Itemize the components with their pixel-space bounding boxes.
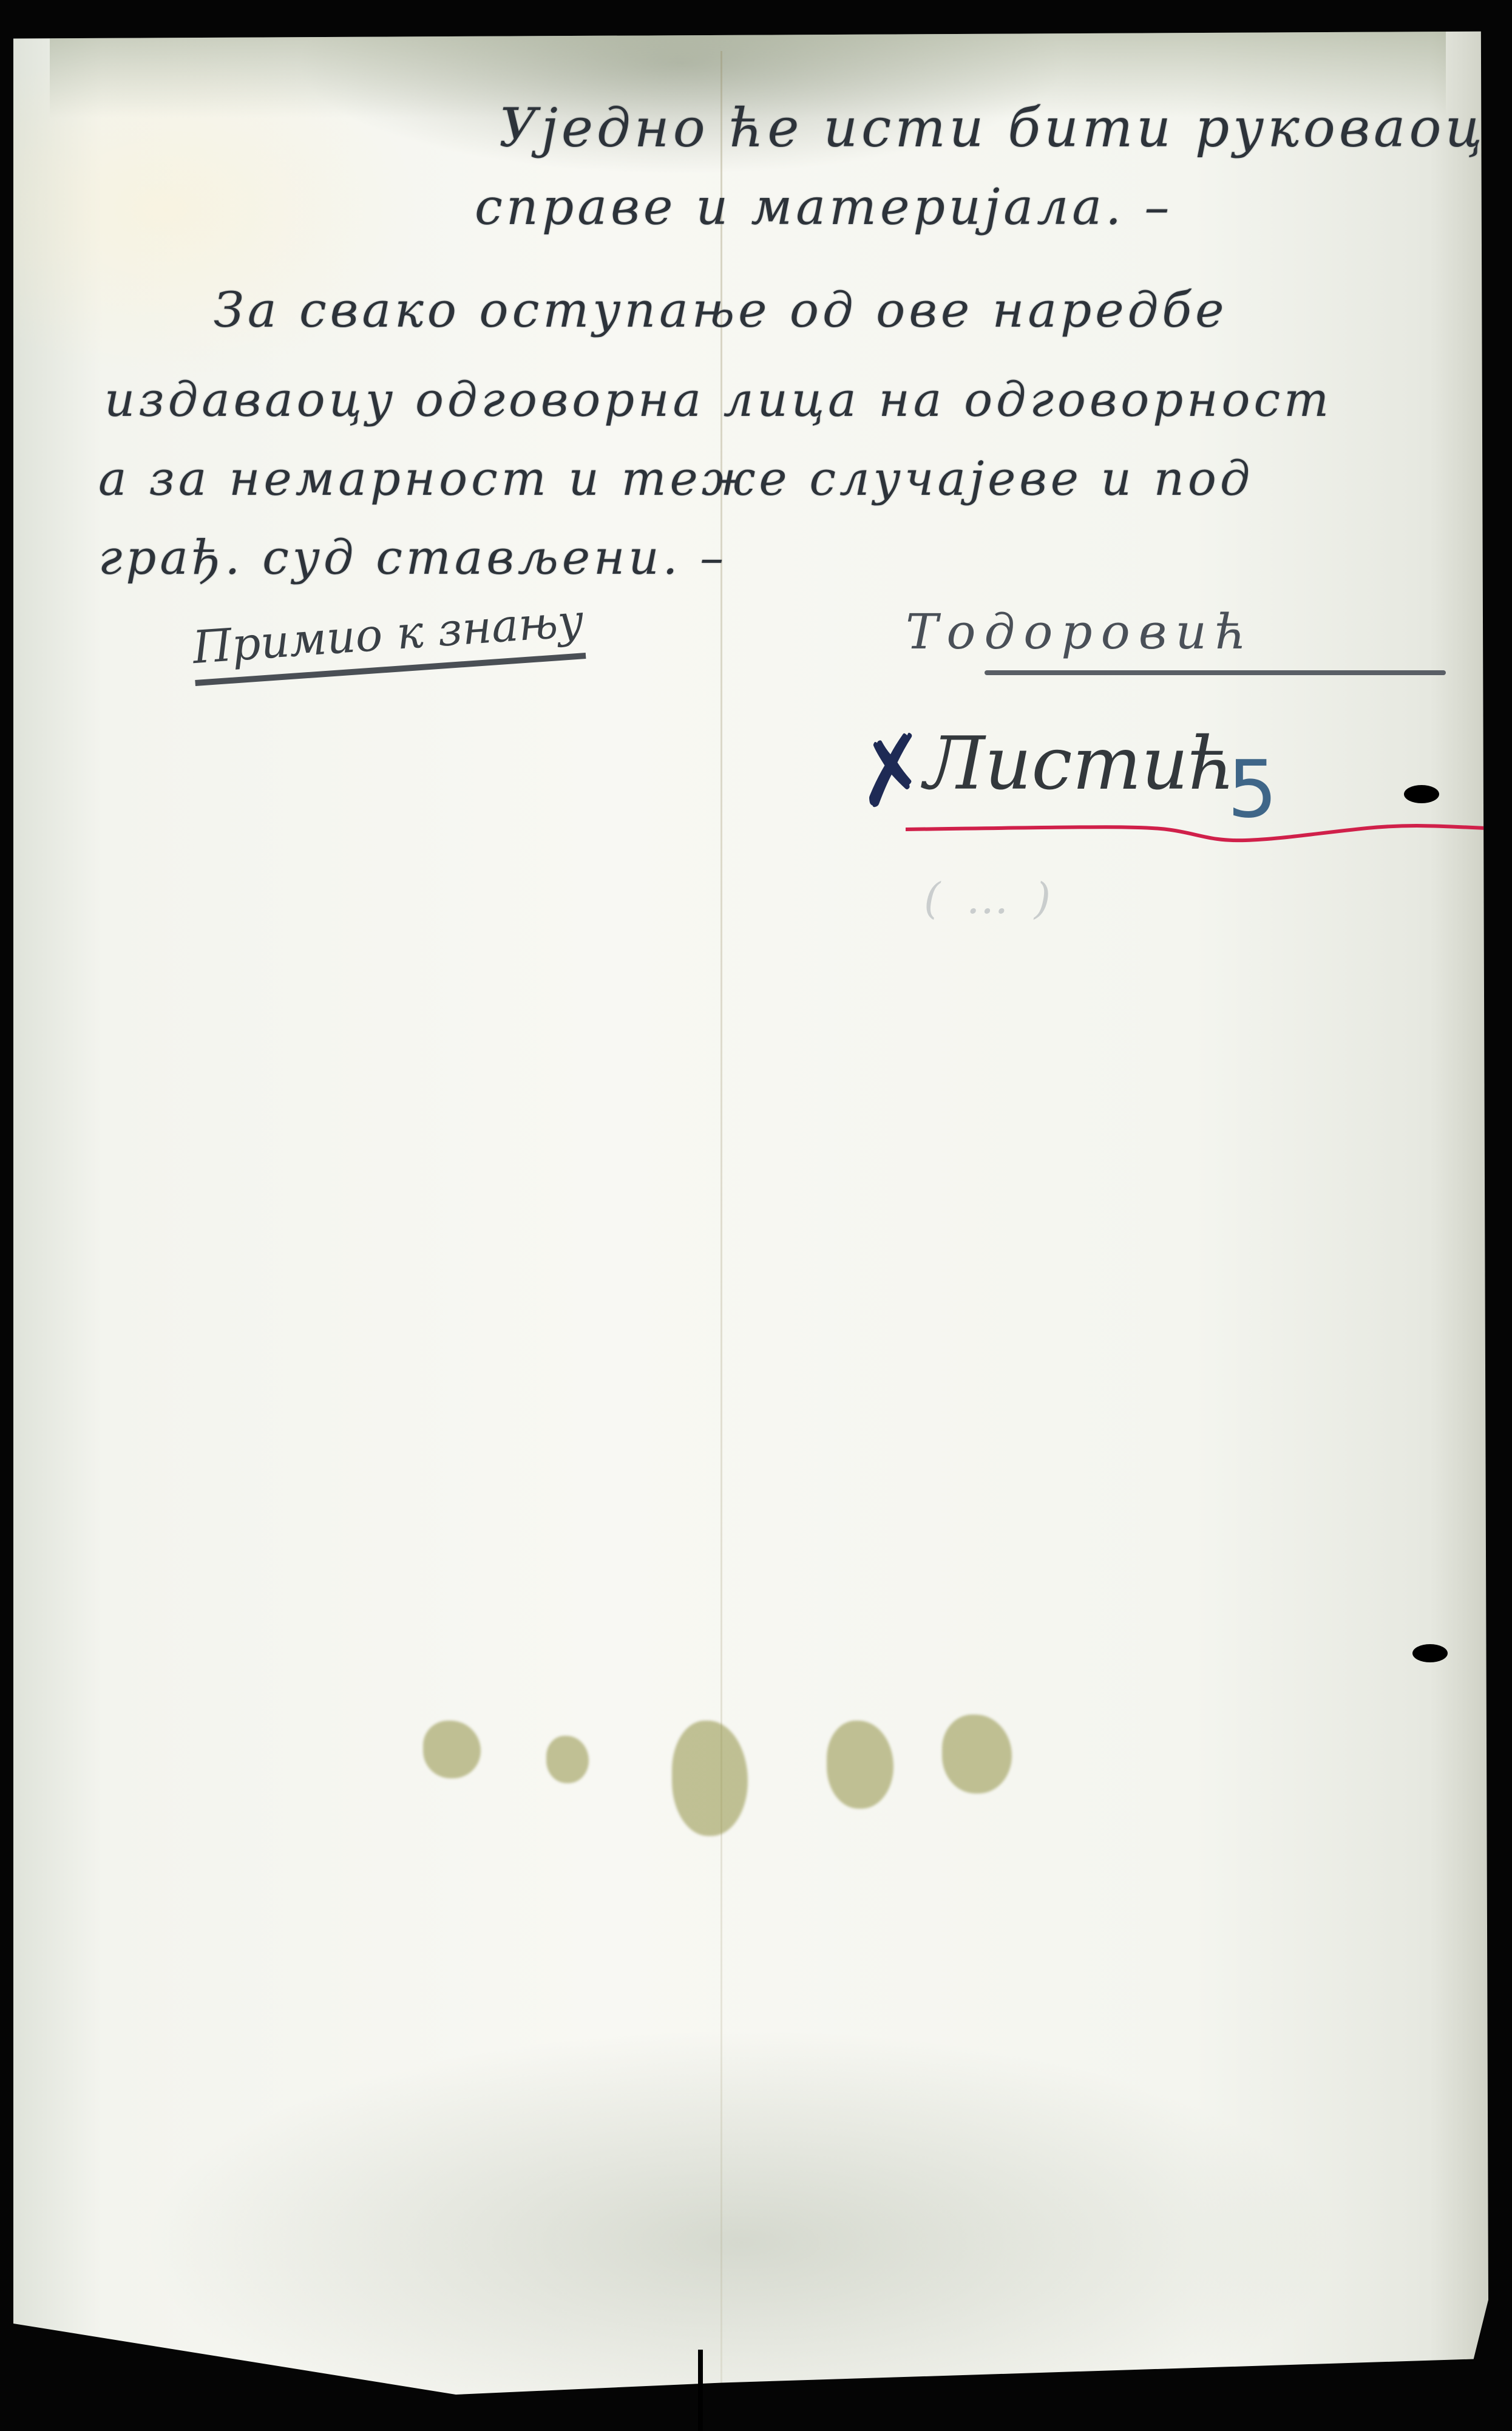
faded-pencil-note: ( … ) xyxy=(924,874,1057,923)
text-line-6: грађ. суд стављени. – xyxy=(98,531,727,585)
stain xyxy=(423,1721,481,1778)
red-pencil-line xyxy=(906,822,1512,846)
acknowledgement-note: Примио к знању xyxy=(191,594,586,686)
text-line-5: а за немарност и теже случајеве и под xyxy=(98,452,1253,506)
text-line-3: За свако оступање од ове наредбе xyxy=(214,282,1227,338)
punch-hole xyxy=(1404,785,1439,803)
signature: Тодоровић xyxy=(906,603,1255,660)
punch-hole xyxy=(1412,1644,1448,1662)
text-line-1: Уједно ће исти бити руковаоцу xyxy=(499,97,1512,159)
stain xyxy=(942,1715,1012,1793)
text-line-2: справе и материјала. – xyxy=(475,178,1173,236)
text-line-4: издаваоцу одговорна лица на одговорност xyxy=(104,373,1332,427)
stain xyxy=(672,1721,748,1836)
stain xyxy=(546,1736,589,1783)
tear xyxy=(698,2350,703,2431)
document-page: Уједно ће исти бити руковаоцу справе и м… xyxy=(13,27,1488,2395)
stain xyxy=(827,1721,893,1809)
signature-underline xyxy=(985,670,1446,675)
initials-signature: Листић xyxy=(924,722,1235,806)
